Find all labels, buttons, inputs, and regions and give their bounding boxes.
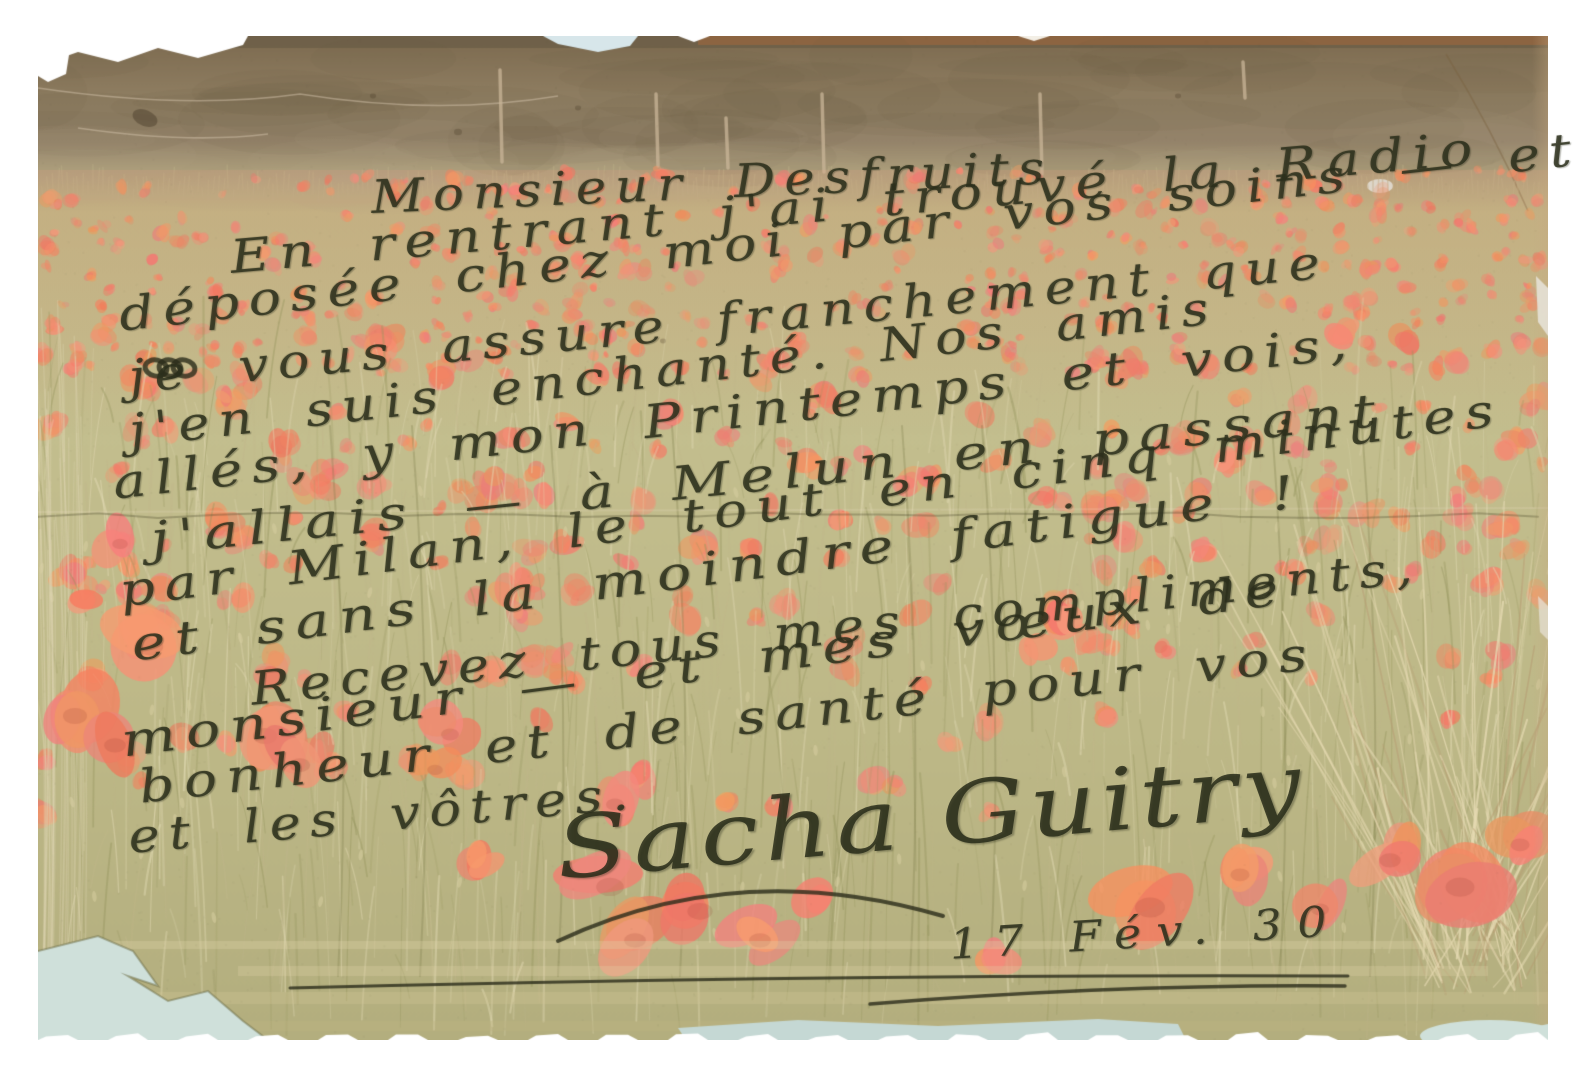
poppy-letter-artwork: Monsieur Desfruits En rentrant j'ai trou… xyxy=(0,0,1583,1080)
poppy-field-canvas xyxy=(38,36,1548,1040)
